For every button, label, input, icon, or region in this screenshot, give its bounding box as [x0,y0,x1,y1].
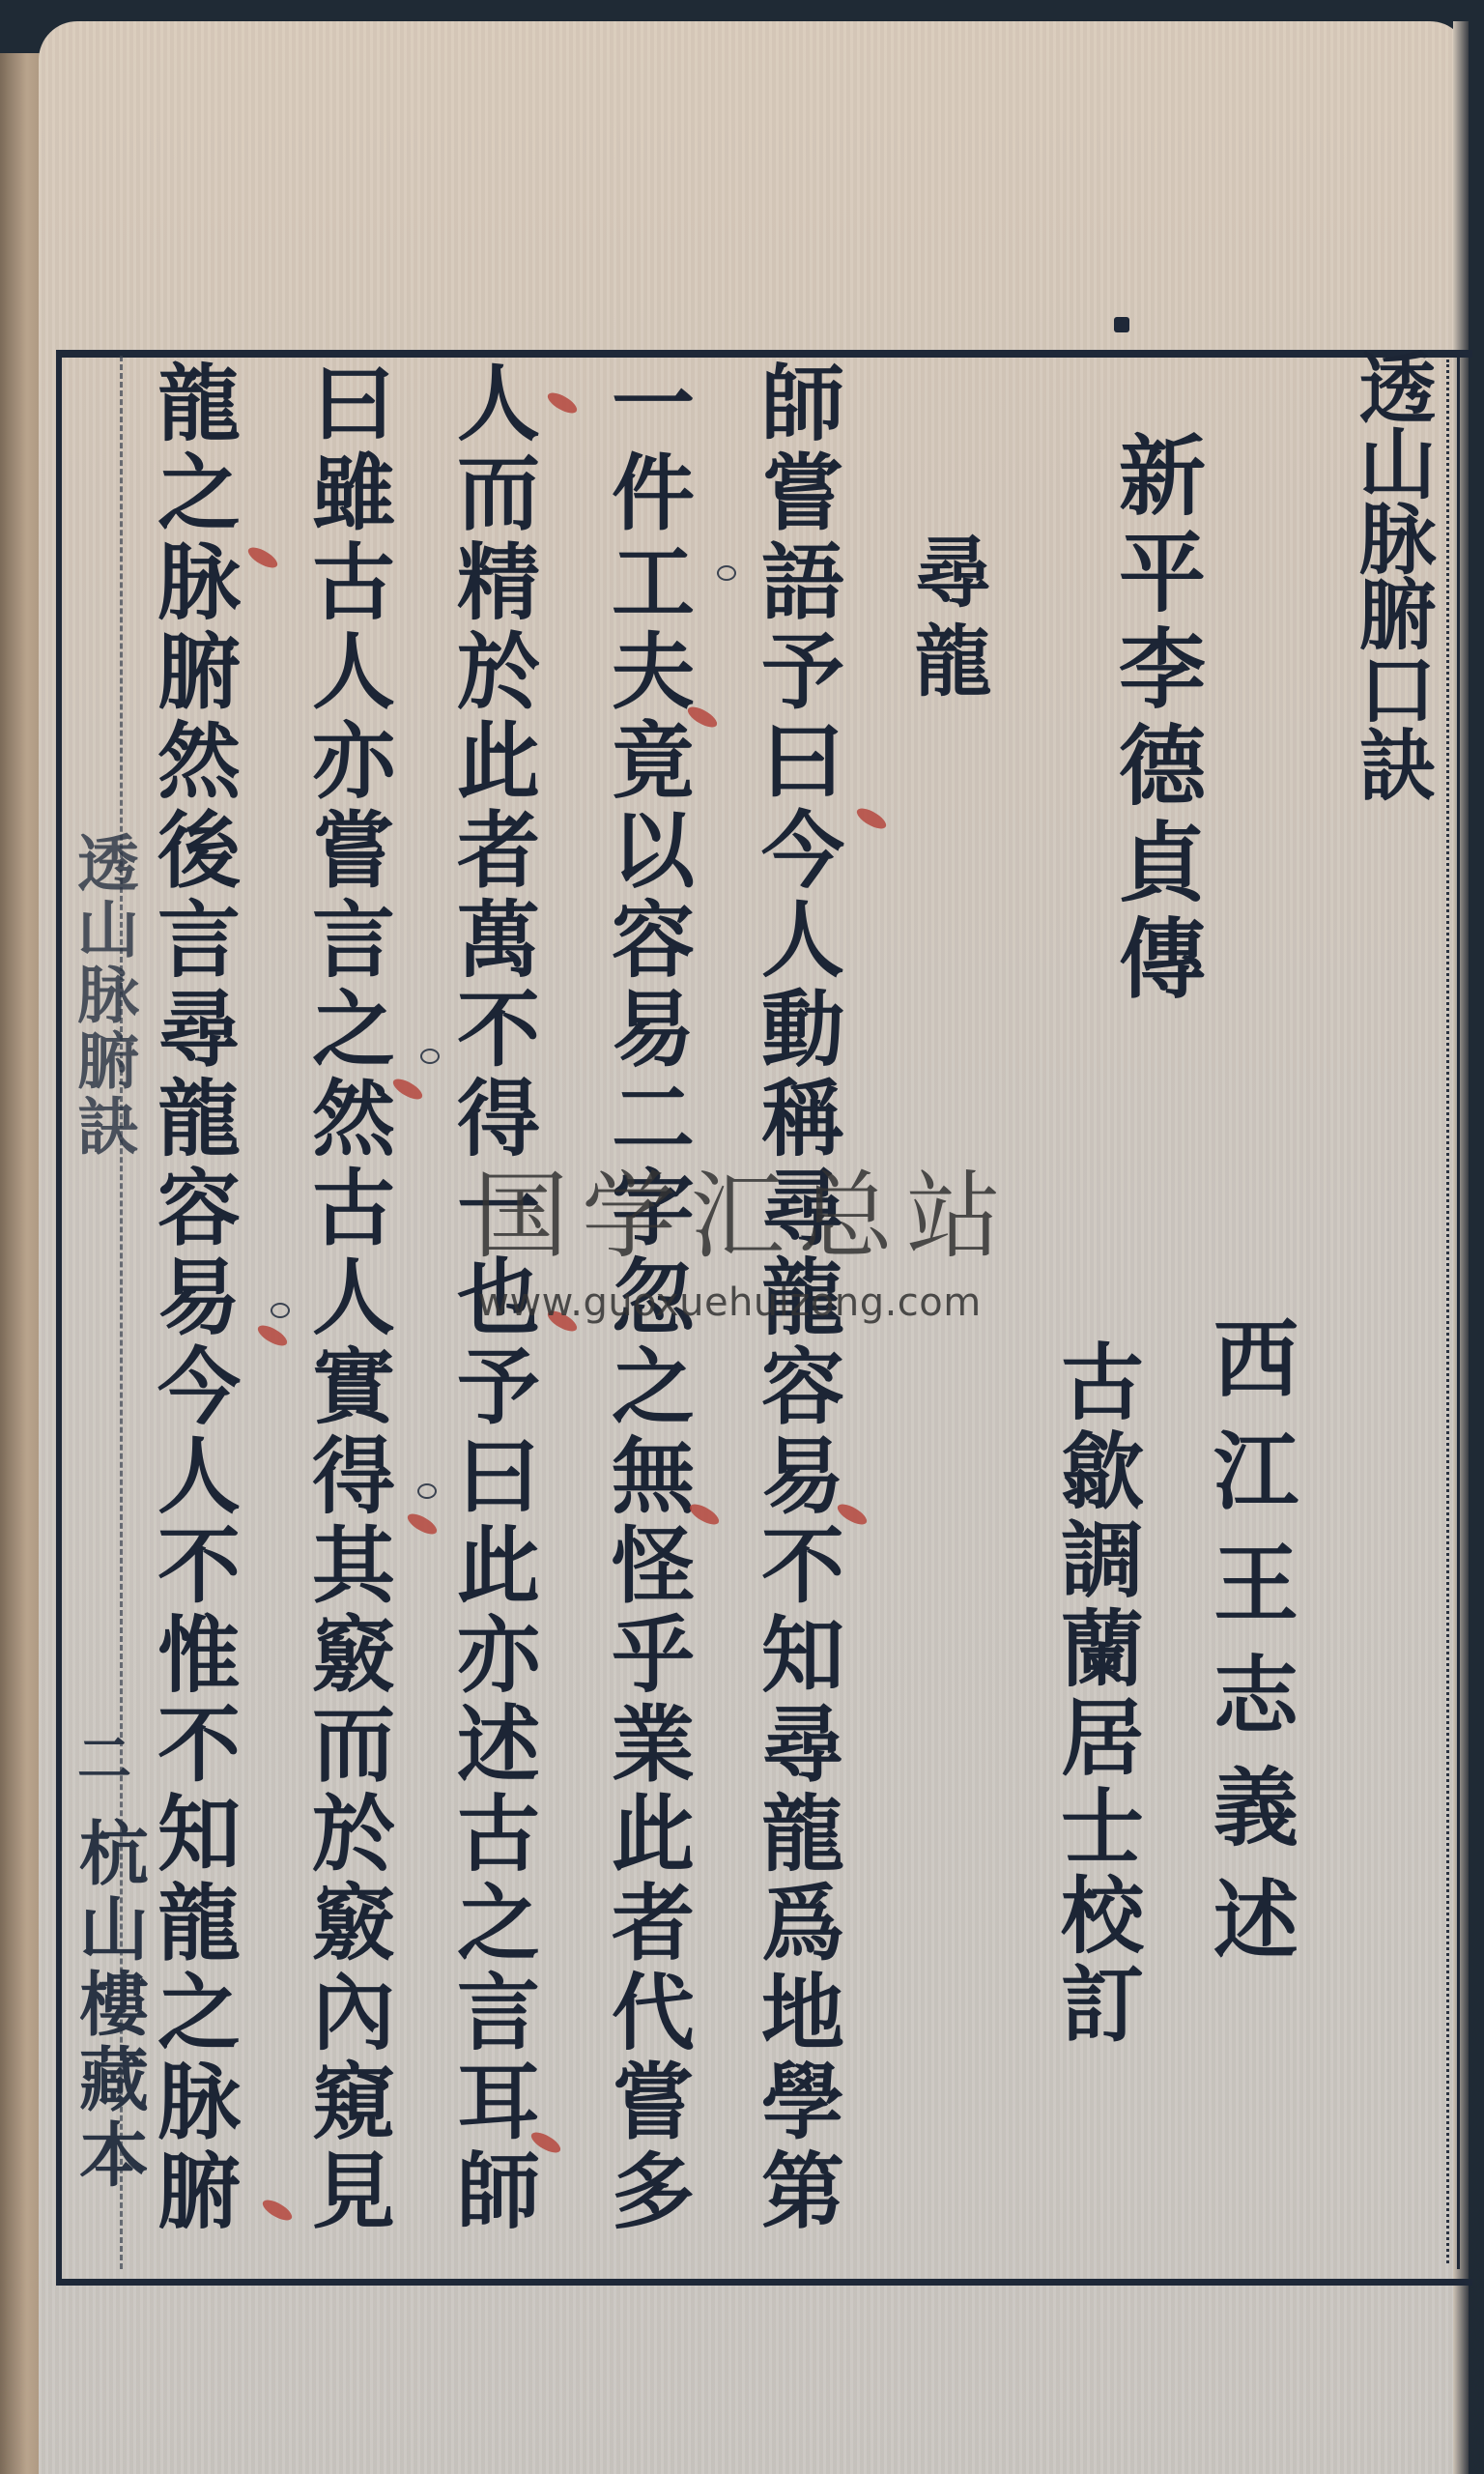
watermark-chinese: 国学汇总站 [454,1140,1034,1277]
book-title-column: 透山脉腑口訣 [1353,348,1430,800]
margin-book-title: 透山脉腑訣 [58,831,147,1160]
margin-page-number: 二 [62,1730,139,1788]
watermark-url: www.guoxuehuizong.com [425,1280,1034,1325]
section-heading: 尋龍 [908,532,985,709]
margin-publisher: 杭山樓藏本 [58,1817,158,2194]
body-text-column-5: 龍之脉腑然後言尋龍容易今人不惟不知龍之脉腑 [150,360,233,2237]
column-divider-line [1446,360,1452,2263]
circle-punctuation-mark [271,1303,290,1318]
frame-notch-mark [1114,317,1129,332]
author-line: 新平李德貞傳 [1111,430,1198,1010]
circle-punctuation-mark [717,565,736,581]
print-frame-right-border [1457,356,1460,2269]
credit-editor: 古歙調蘭居士校訂 [1053,1338,1136,2050]
circle-punctuation-mark [417,1483,437,1499]
circle-punctuation-mark [420,1049,440,1064]
credit-narrator: 西江王志義述 [1208,1314,1293,1987]
body-text-column-4: 曰雖古人亦嘗言之然古人實得其竅而於竅內窺見 [304,360,387,2237]
watermark: 国学汇总站 www.guoxuehuizong.com [454,1140,1034,1325]
